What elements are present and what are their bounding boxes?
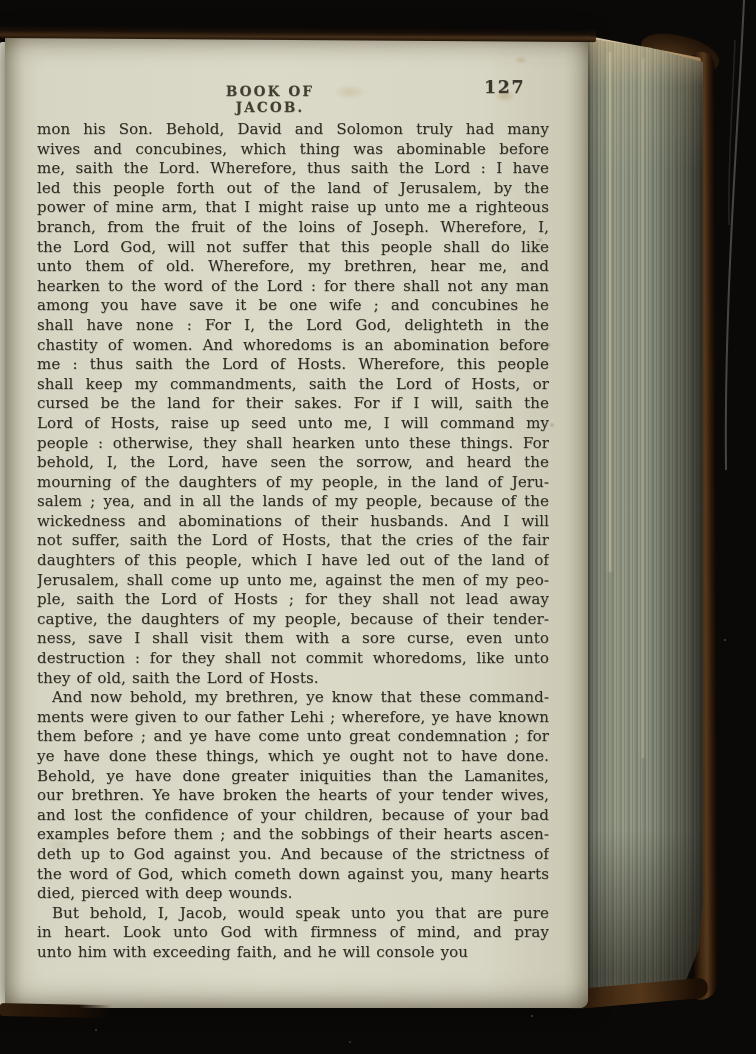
- text-line: mon his Son. Behold, David and Solomon t…: [37, 120, 549, 140]
- text-line: shall have none : For I, the Lord God, d…: [37, 316, 549, 336]
- book-photo-scene: BOOK OF JACOB. 127 mon his Son. Behold, …: [0, 0, 756, 1054]
- text-line: Jerusalem, shall come up unto me, agains…: [37, 571, 549, 591]
- text-line: led this people forth out of the land of…: [37, 179, 549, 199]
- book-fore-edge-pages: [585, 38, 703, 1002]
- text-line: But behold, I, Jacob, would speak unto y…: [37, 904, 549, 924]
- text-line: not suffer, saith the Lord of Hosts, tha…: [37, 531, 549, 551]
- text-line: among you have save it be one wife ; and…: [37, 296, 549, 316]
- running-title: BOOK OF JACOB.: [190, 84, 350, 116]
- text-line: me : thus saith the Lord of Hosts. Where…: [37, 355, 549, 375]
- page-number: 127: [484, 78, 525, 98]
- text-line: And now behold, my brethren, ye know tha…: [37, 688, 549, 708]
- text-line: the Lord God, will not suffer that this …: [37, 238, 549, 258]
- text-line: they of old, saith the Lord of Hosts.: [37, 669, 549, 689]
- text-line: Lord of Hosts, raise up seed unto me, I …: [37, 414, 549, 434]
- book-tail-edge-left: [0, 1003, 112, 1018]
- text-line: daughters of this people, which I have l…: [37, 551, 549, 571]
- text-line: ple, saith the Lord of Hosts ; for they …: [37, 590, 549, 610]
- text-line: examples before them ; and the sobbings …: [37, 825, 549, 845]
- text-line: captive, the daughters of my people, bec…: [37, 610, 549, 630]
- text-line: ness, save I shall visit them with a sor…: [37, 629, 549, 649]
- text-line: and lost the confidence of your children…: [37, 806, 549, 826]
- text-line: hearken to the word of the Lord : for th…: [37, 277, 549, 297]
- text-line: wickedness and abominations of their hus…: [37, 512, 549, 532]
- text-line: ments were given to our father Lehi ; wh…: [37, 708, 549, 728]
- text-line: them before ; and ye have come unto grea…: [37, 727, 549, 747]
- page-text-lines: mon his Son. Behold, David and Solomon t…: [37, 120, 549, 963]
- text-line: Behold, ye have done greater iniquities …: [37, 767, 549, 787]
- text-line: our brethren. Ye have broken the hearts …: [37, 786, 549, 806]
- text-line: behold, I, the Lord, have seen the sorro…: [37, 453, 549, 473]
- text-line: deth up to God against you. And because …: [37, 845, 549, 865]
- text-line: unto him with exceeding faith, and he wi…: [37, 943, 549, 963]
- text-line: chastity of women. And whoredoms is an a…: [37, 336, 549, 356]
- text-line: power of mine arm, that I might raise up…: [37, 198, 549, 218]
- text-line: destruction : for they shall not commit …: [37, 649, 549, 669]
- text-line: died, pierced with deep wounds.: [37, 884, 549, 904]
- text-line: cursed be the land for their sakes. For …: [37, 394, 549, 414]
- text-line: ye have done these things, which ye ough…: [37, 747, 549, 767]
- text-line: branch, from the fruit of the loins of J…: [37, 218, 549, 238]
- text-line: unto them of old. Wherefore, my brethren…: [37, 257, 549, 277]
- text-line: the word of God, which cometh down again…: [37, 865, 549, 885]
- text-line: wives and concubines, which thing was ab…: [37, 140, 549, 160]
- text-line: people : otherwise, they shall hearken u…: [37, 434, 549, 454]
- text-line: salem ; yea, and in all the lands of my …: [37, 492, 549, 512]
- text-line: me, saith the Lord. Wherefore, thus sait…: [37, 159, 549, 179]
- text-line: in heart. Look unto God with firmness of…: [37, 923, 549, 943]
- text-line: mourning of the daughters of my people, …: [37, 473, 549, 493]
- text-line: shall keep my commandments, saith the Lo…: [37, 375, 549, 395]
